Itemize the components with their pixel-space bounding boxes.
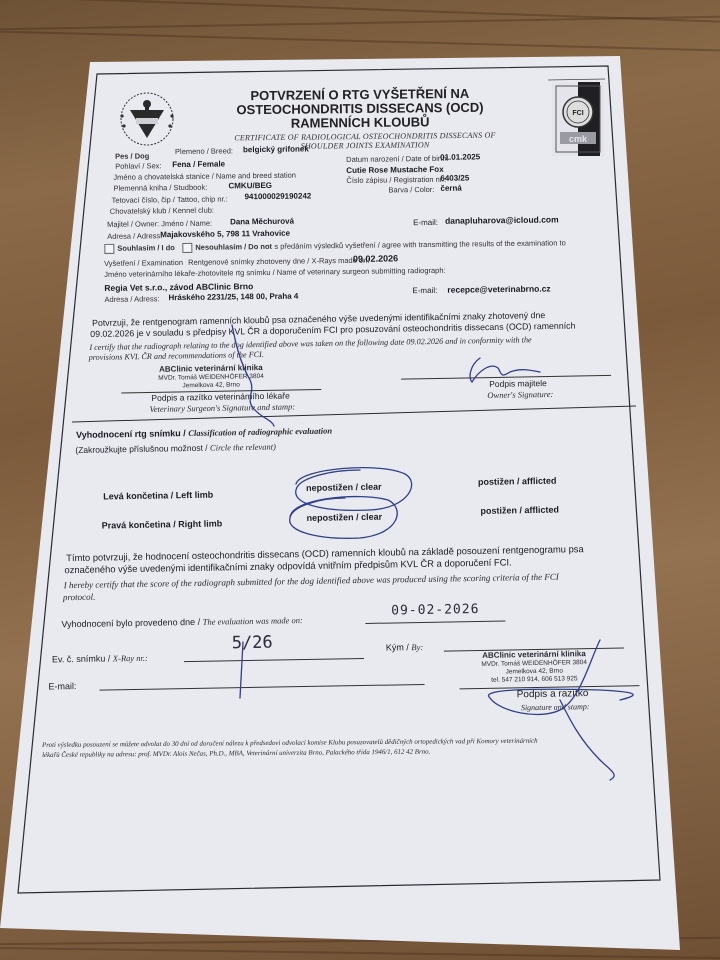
disagree-checkbox[interactable] [182,243,192,253]
vet-email-value: recepce@veterinabrno.cz [447,283,550,294]
xray-nr-label-cz: Ev. č. snímku / [52,653,111,664]
tattoo-value: 941000029190242 [245,191,312,201]
appeal-line-1: Proti výsledku posouzení se můžete odvol… [42,738,538,749]
eval-date-label-cz: Vyhodnocení bylo provedeno dne / [61,617,200,629]
right-limb-afflicted-option[interactable]: postižen / afflicted [480,505,559,516]
evaluator-signature-label-cz: Podpis a razítko [517,688,589,700]
owner-email-label: E-mail: [413,218,438,227]
sex-value: Fena / Female [172,159,225,169]
svg-text:FCI: FCI [572,110,583,117]
certificate-title: POTVRZENÍ O RTG VYŠETŘENÍ NA OSTEOCHONDR… [220,87,500,132]
statement-en-line-1: I hereby certify that the score of the r… [64,572,559,591]
evaluator-signature-label-en: Signature and stamp: [521,702,590,712]
evaluation-date-value[interactable]: 09-02-2026 [391,602,480,619]
agree-checkbox[interactable] [104,244,114,254]
vet-name-value: Regia Vet s.r.o., závod ABClinic Brno [104,281,253,293]
owner-name-value: Dana Měchurová [230,217,294,227]
owner-signature-label-en: Owner's Signature: [487,389,553,400]
sex-label: Pohlaví / Sex: [115,161,161,171]
examination-label: Vyšetření / Examination [104,258,183,268]
dog-section-label: Pes / Dog [115,151,149,160]
cert-en-line-2: provisions KVL ČR and recommendations of… [89,350,264,362]
reg-value: 6403/25 [440,173,469,182]
owner-email-value: danapluharova@icloud.com [445,214,559,225]
evaluation-date-line [365,621,505,624]
dob-label: Datum narození / Date of birth: [346,154,449,164]
ocd-certificate: FCI cmk POTVRZENÍ O RTG VYŠETŘENÍ NA OST… [0,0,720,960]
xray-date-value: 09.02.2026 [353,253,398,264]
owner-address-label: Adresa / Adress: [107,231,162,241]
evaluation-heading: Vyhodnocení rtg snímku / Classification … [76,426,332,440]
eval-stamp-clinic: ABClinic veterinární klinika [482,649,586,660]
stamp-clinic: ABClinic veterinární klinika [159,363,263,374]
xray-nr-label-en: X-Ray nr.: [113,653,148,664]
by-label-en: By: [411,642,423,652]
disagree-label: Nesouhlasím / Do not [195,242,272,252]
evaluator-stamp: ABClinic veterinární klinika MVDr. Tomáš… [459,650,610,686]
xray-nr-value[interactable]: 5/26 [232,633,273,654]
breed-value: belgický grifonek [243,144,309,154]
vet-email-label: E-mail: [412,286,437,295]
vet-address-value: Hráského 2231/25, 148 00, Praha 4 [168,292,298,303]
dob-value: 01.01.2025 [440,152,480,161]
studbook-value: CMKU/BEG [228,181,272,191]
instruction-cz: (Zakroužkujte příslušnou možnost / [75,443,207,455]
by-label-cz: Kým / [386,642,409,652]
xray-nr-line [184,658,364,662]
reg-label: Číslo zápisu / Registration nr.: [346,175,446,185]
vet-address-label: Adresa / Adress: [104,294,159,304]
left-limb-afflicted-option[interactable]: postižen / afflicted [478,476,557,487]
color-label: Barva / Color: [388,185,434,195]
consent-text: s předáním výsledků vyšetření / agree wi… [274,238,565,251]
eval-email-line[interactable] [100,684,425,691]
evaluation-heading-en: Classification of radiographic evaluatio… [188,426,332,439]
by-label: Kým / By: [386,642,423,653]
appeal-line-2: lékařů České republiky na adresu: prof. … [42,749,430,759]
svg-text:cmk: cmk [569,134,588,144]
xray-nr-label: Ev. č. snímku / X-Ray nr.: [52,653,148,665]
consent-agree-option[interactable]: Souhlasím / I do [104,243,175,254]
tattoo-label: Tetovací číslo, čip / Tattoo, chip nr.: [112,194,228,204]
statement-en-line-2: protocol. [63,592,96,603]
left-limb-label: Levá končetina / Left limb [103,490,213,502]
kennel-club-label: Chovatelský klub / Kennel club: [110,206,214,216]
right-limb-clear-option[interactable]: nepostižen / clear [306,512,382,523]
evaluation-heading-cz: Vyhodnocení rtg snímku / [76,428,186,440]
studbook-label: Plemenná kniha / Studbook: [113,183,207,193]
title-line-3: RAMENNÍCH KLOUBŮ [220,115,500,132]
breed-label: Plemeno / Breed: [175,146,233,156]
owner-label: Majitel / Owner: Jméno / Name: [107,219,212,229]
owner-address-value: Majakovského 5, 798 11 Vrahovice [160,229,290,240]
instruction-en: Circle the relevant) [210,441,276,452]
color-value: černá [440,184,461,193]
vet-stamp: ABClinic veterinární klinika MVDr. Tomáš… [151,364,271,391]
eval-stamp-phone: tel. 547 210 914, 606 513 925 [459,675,609,686]
eval-date-label-en: The evaluation was made on: [203,615,303,627]
xray-date-label: Rentgenové snímky zhotoveny dne / X-Rays… [188,256,369,267]
eval-email-label: E-mail: [48,681,76,691]
vet-signature-label-en: Veterinary Surgeon's Signature and stamp… [149,401,295,414]
evaluation-instruction: (Zakroužkujte příslušnou možnost / Circl… [75,441,276,454]
fci-cmku-logo-icon: FCI cmk [552,82,604,156]
vet-name-label: Jméno veterinárního lékaře-zhotovitele r… [104,266,446,279]
dog-name-value: Cutie Rose Mustache Fox [346,165,443,175]
agree-label: Souhlasím / I do [117,243,175,253]
left-limb-clear-option[interactable]: nepostižen / clear [306,482,382,493]
club-emblem-icon [114,88,180,150]
owner-signature-label-cz: Podpis majitele [489,378,547,389]
evaluation-date-label: Vyhodnocení bylo provedeno dne / The eva… [61,615,303,629]
consent-disagree-option[interactable]: Nesouhlasím / Do not [182,242,272,253]
right-limb-label: Pravá končetina / Right limb [102,518,223,530]
